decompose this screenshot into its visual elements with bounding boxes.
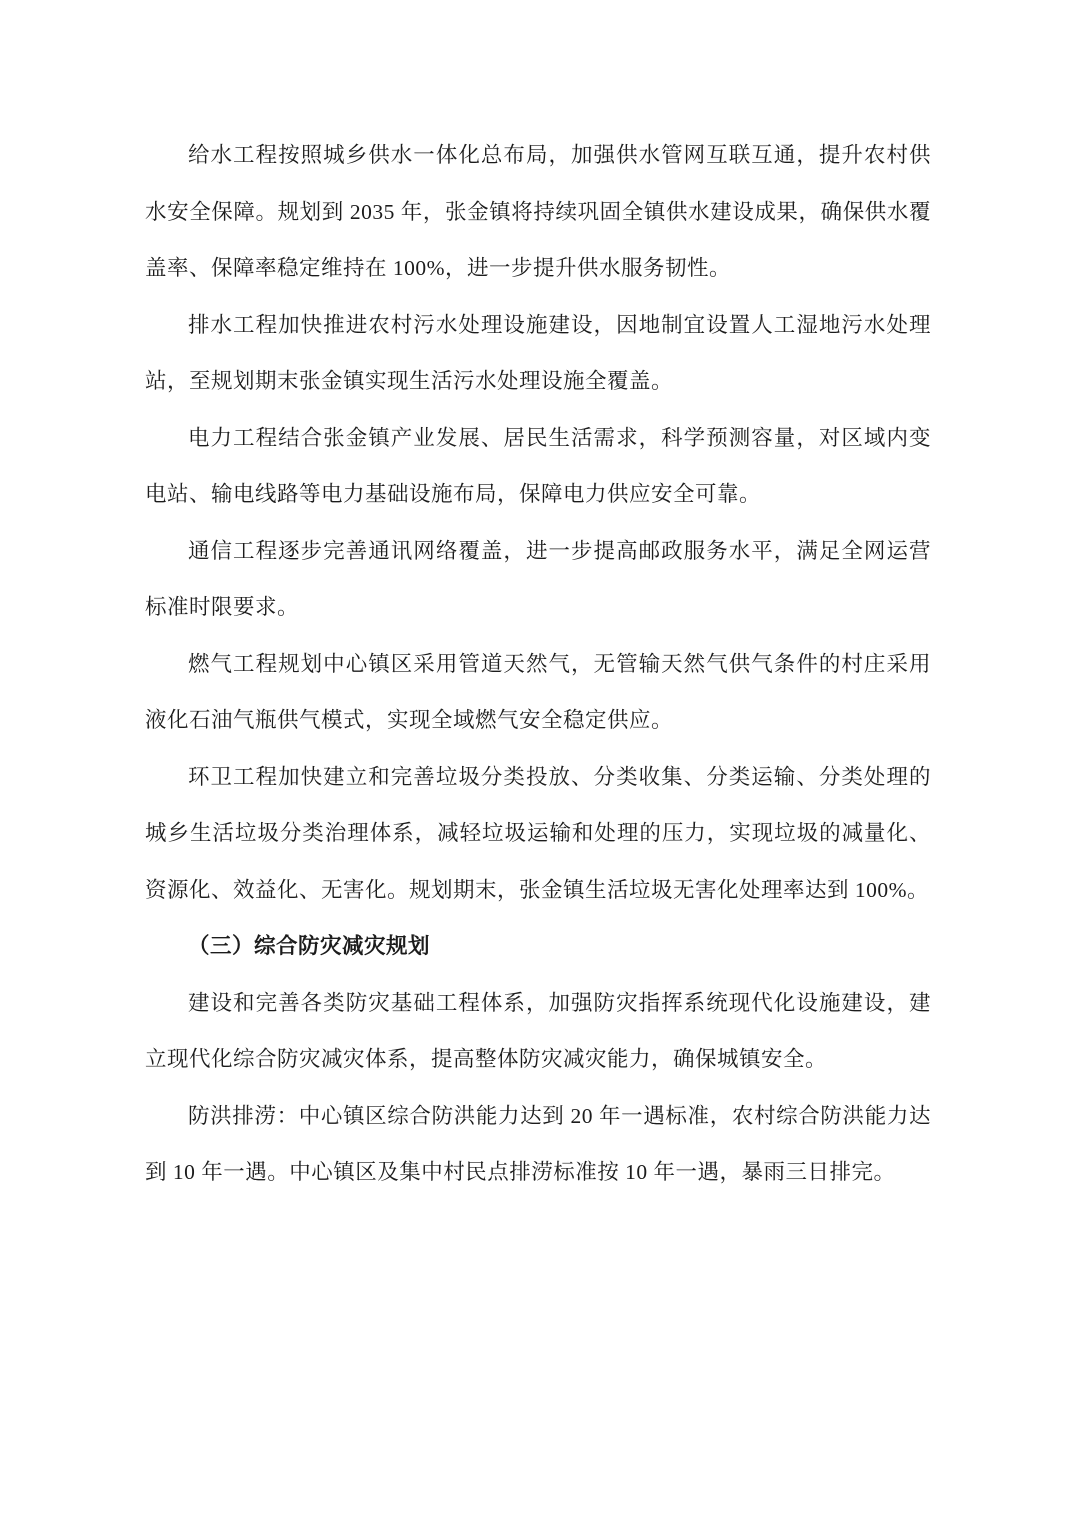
document-page: 给水工程按照城乡供水一体化总布局，加强供水管网互联互通，提升农村供水安全保障。规… (0, 0, 1074, 1520)
paragraph-water-supply: 给水工程按照城乡供水一体化总布局，加强供水管网互联互通，提升农村供水安全保障。规… (145, 127, 931, 297)
paragraph-sanitation: 环卫工程加快建立和完善垃圾分类投放、分类收集、分类运输、分类处理的城乡生活垃圾分… (145, 749, 931, 919)
paragraph-flood-control: 防洪排涝：中心镇区综合防洪能力达到 20 年一遇标准，农村综合防洪能力达到 10… (145, 1088, 931, 1201)
document-content: 给水工程按照城乡供水一体化总布局，加强供水管网互联互通，提升农村供水安全保障。规… (145, 127, 931, 1201)
paragraph-electric-power: 电力工程结合张金镇产业发展、居民生活需求，科学预测容量，对区域内变电站、输电线路… (145, 410, 931, 523)
paragraph-gas-supply: 燃气工程规划中心镇区采用管道天然气，无管输天然气供气条件的村庄采用液化石油气瓶供… (145, 636, 931, 749)
paragraph-drainage: 排水工程加快推进农村污水处理设施建设，因地制宜设置人工湿地污水处理站，至规划期末… (145, 297, 931, 410)
section-heading-disaster-prevention: （三）综合防灾减灾规划 (145, 918, 931, 975)
paragraph-communications: 通信工程逐步完善通讯网络覆盖，进一步提高邮政服务水平，满足全网运营标准时限要求。 (145, 523, 931, 636)
paragraph-disaster-system: 建设和完善各类防灾基础工程体系，加强防灾指挥系统现代化设施建设，建立现代化综合防… (145, 975, 931, 1088)
